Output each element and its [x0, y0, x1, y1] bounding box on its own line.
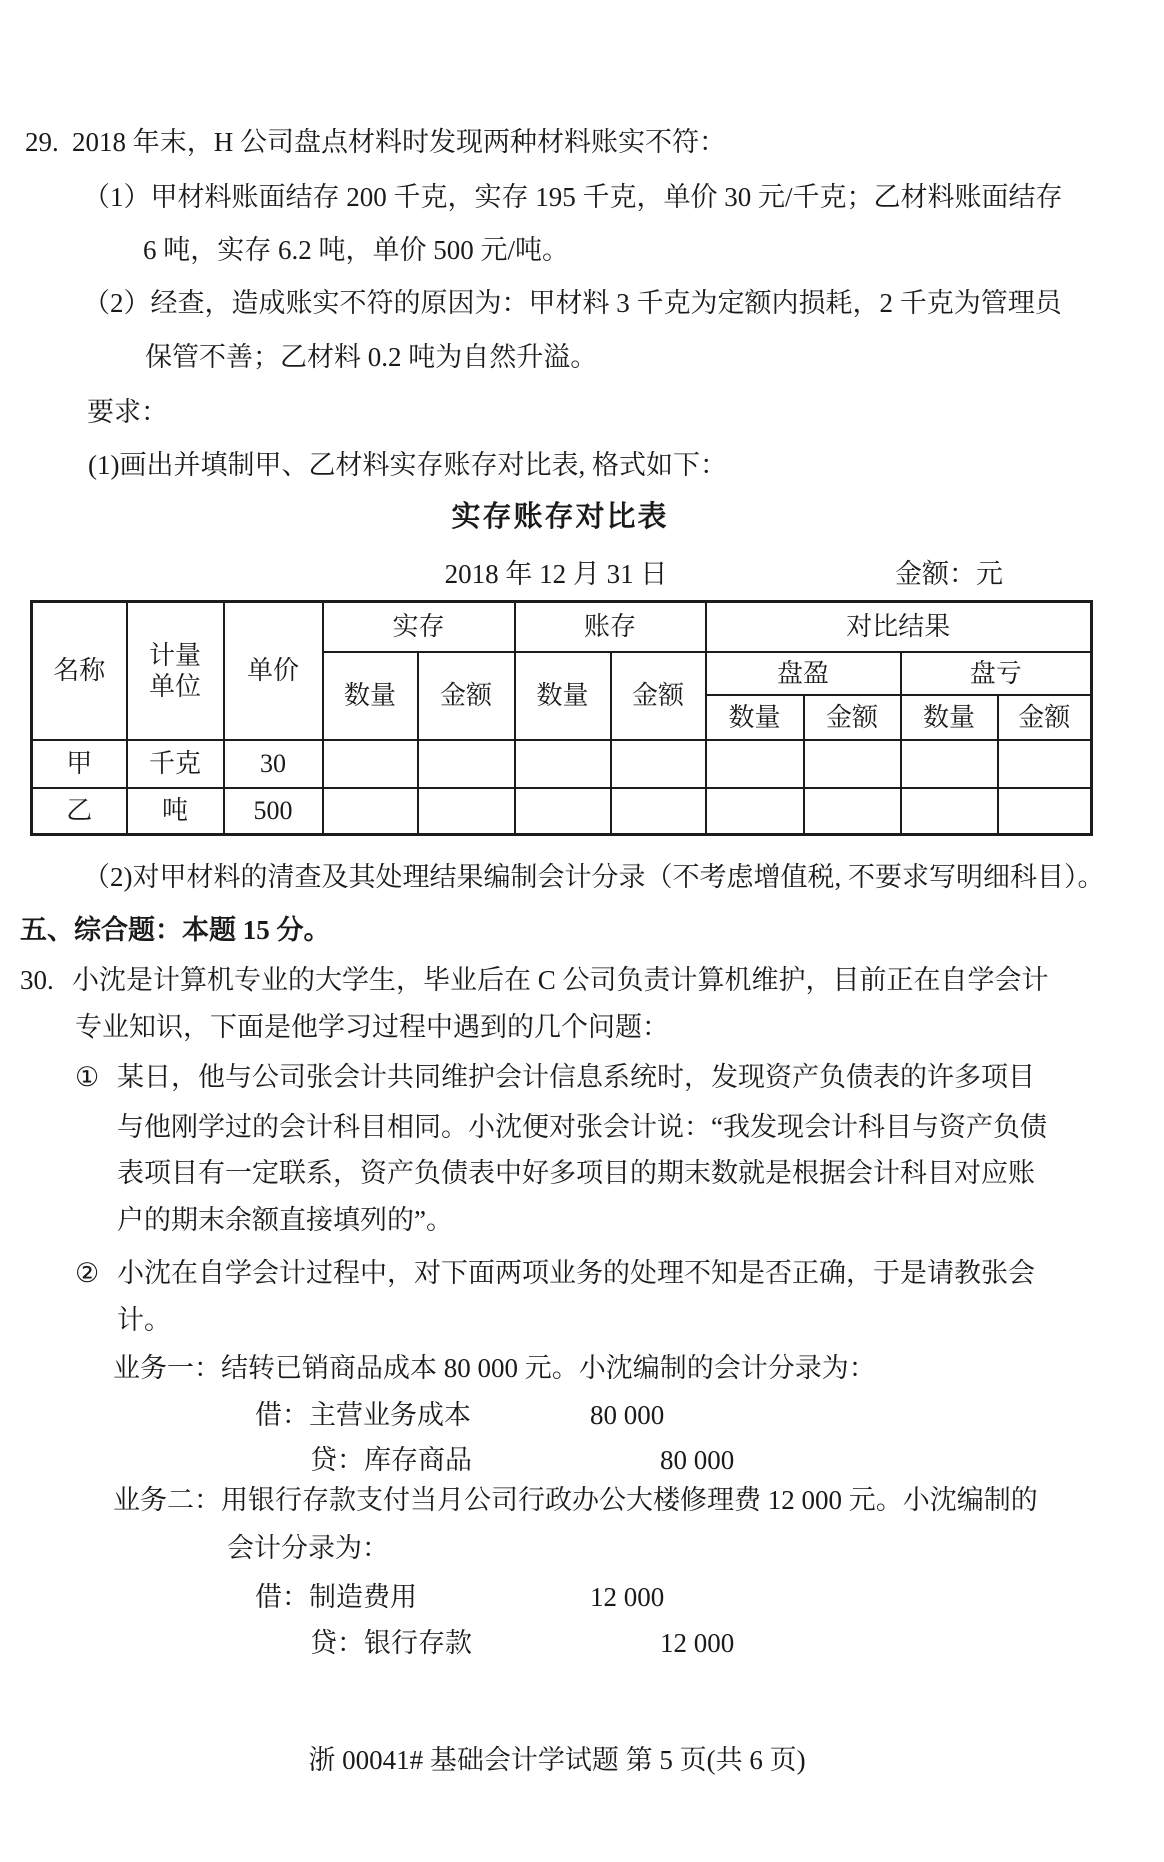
- cell-empty: [418, 788, 515, 835]
- q30-business1: 业务一：结转已销商品成本 80 000 元。小沈编制的会计分录为：: [113, 1351, 876, 1385]
- cell-name: 甲: [32, 740, 127, 788]
- th-surplus-qty: 数量: [706, 695, 804, 740]
- cell-empty: [901, 788, 998, 835]
- q30-b1-line4: 户的期末余额直接填列的”。: [117, 1203, 453, 1237]
- cell-empty: [611, 740, 706, 788]
- entry2-debit-amount: 12 000: [590, 1580, 664, 1614]
- th-actual-qty: 数量: [323, 652, 418, 740]
- cell-unit: 千克: [127, 740, 224, 788]
- table-row: 甲 千克 30: [32, 740, 1092, 788]
- q30-business2-line2: 会计分录为：: [227, 1531, 389, 1565]
- entry1-credit-label: 贷：库存商品: [310, 1443, 472, 1477]
- cell-unit: 吨: [127, 788, 224, 835]
- cell-empty: [706, 740, 804, 788]
- cell-price: 500: [224, 788, 323, 835]
- q29-requirement-1: (1)画出并填制甲、乙材料实存账存对比表, 格式如下：: [88, 448, 727, 482]
- q30-number: 30.: [20, 963, 54, 997]
- th-actual: 实存: [323, 602, 515, 652]
- page-footer: 浙 00041# 基础会计学试题 第 5 页(共 6 页): [0, 1738, 1114, 1777]
- th-shortage-qty: 数量: [901, 695, 998, 740]
- q29-item1-line1: （1）甲材料账面结存 200 千克，实存 195 千克，单价 30 元/千克；乙…: [83, 180, 1063, 214]
- q30-b1-line2: 与他刚学过的会计科目相同。小沈便对张会计说：“我发现会计科目与资产负债: [117, 1110, 1047, 1144]
- th-shortage: 盘亏: [901, 652, 1092, 695]
- cell-name: 乙: [32, 788, 127, 835]
- cell-empty: [901, 740, 998, 788]
- exam-page: 29. 2018 年末，H 公司盘点材料时发现两种材料账实不符： （1）甲材料账…: [0, 0, 1164, 1862]
- th-shortage-amt: 金额: [998, 695, 1092, 740]
- q30-line2: 专业知识，下面是他学习过程中遇到的几个问题：: [75, 1010, 669, 1044]
- entry2-credit-label: 贷：银行存款: [310, 1626, 472, 1660]
- th-book: 账存: [515, 602, 706, 652]
- table-unit-label: 金额：元: [895, 557, 1003, 591]
- entry2-credit-amount: 12 000: [660, 1626, 734, 1660]
- q30-bullet2-num: ②: [75, 1256, 99, 1290]
- q30-business2-line1: 业务二：用银行存款支付当月公司行政办公大楼修理费 12 000 元。小沈编制的: [113, 1483, 1038, 1517]
- cell-empty: [515, 788, 611, 835]
- th-book-qty: 数量: [515, 652, 611, 740]
- cell-empty: [611, 788, 706, 835]
- q29-item2-line1: （2）经查，造成账实不符的原因为：甲材料 3 千克为定额内损耗，2 千克为管理员: [83, 286, 1062, 320]
- q29-item1-line2: 6 吨，实存 6.2 吨，单价 500 元/吨。: [143, 233, 569, 267]
- th-surplus-amt: 金额: [804, 695, 901, 740]
- q29-requirement-2: （2)对甲材料的清查及其处理结果编制会计分录（不考虑增值税, 不要求写明细科目）…: [83, 860, 1105, 894]
- cell-empty: [706, 788, 804, 835]
- q29-require-label: 要求：: [87, 395, 168, 429]
- cell-empty: [515, 740, 611, 788]
- entry2-debit-label: 借：制造费用: [255, 1580, 417, 1614]
- q30-b1-line3: 表项目有一定联系，资产负债表中好多项目的期末数就是根据会计科目对应账: [117, 1156, 1035, 1190]
- cell-price: 30: [224, 740, 323, 788]
- entry1-debit-amount: 80 000: [590, 1398, 664, 1432]
- cell-empty: [804, 740, 901, 788]
- q30-bullet1-num: ①: [75, 1060, 99, 1094]
- th-unit: 计量 单位: [127, 602, 224, 740]
- section5-heading: 五、综合题：本题 15 分。: [20, 913, 331, 947]
- q29-intro: 2018 年末，H 公司盘点材料时发现两种材料账实不符：: [72, 125, 726, 159]
- th-name: 名称: [32, 602, 127, 740]
- th-surplus: 盘盈: [706, 652, 901, 695]
- th-book-amt: 金额: [611, 652, 706, 740]
- q30-b2-line1: 小沈在自学会计过程中，对下面两项业务的处理不知是否正确，于是请教张会: [117, 1256, 1035, 1290]
- th-actual-amt: 金额: [418, 652, 515, 740]
- cell-empty: [323, 788, 418, 835]
- q30-line1: 小沈是计算机专业的大学生，毕业后在 C 公司负责计算机维护，目前正在自学会计: [72, 963, 1049, 997]
- q29-item2-line2: 保管不善；乙材料 0.2 吨为自然升溢。: [145, 340, 597, 374]
- table-row: 乙 吨 500: [32, 788, 1092, 835]
- cell-empty: [804, 788, 901, 835]
- comparison-table: 名称 计量 单位 单价 实存 账存 对比结果 数量 金额 数量 金额 盘盈 盘亏…: [30, 600, 1093, 836]
- entry1-credit-amount: 80 000: [660, 1443, 734, 1477]
- cell-empty: [323, 740, 418, 788]
- cell-empty: [998, 740, 1092, 788]
- entry1-debit-label: 借：主营业务成本: [255, 1398, 471, 1432]
- cell-empty: [418, 740, 515, 788]
- q29-number: 29.: [25, 125, 59, 159]
- q30-b2-line2: 计。: [117, 1303, 171, 1337]
- th-price: 单价: [224, 602, 323, 740]
- table-title: 实存账存对比表: [0, 500, 1120, 534]
- q30-b1-line1: 某日，他与公司张会计共同维护会计信息系统时，发现资产负债表的许多项目: [117, 1060, 1035, 1094]
- th-compare: 对比结果: [706, 602, 1092, 652]
- cell-empty: [998, 788, 1092, 835]
